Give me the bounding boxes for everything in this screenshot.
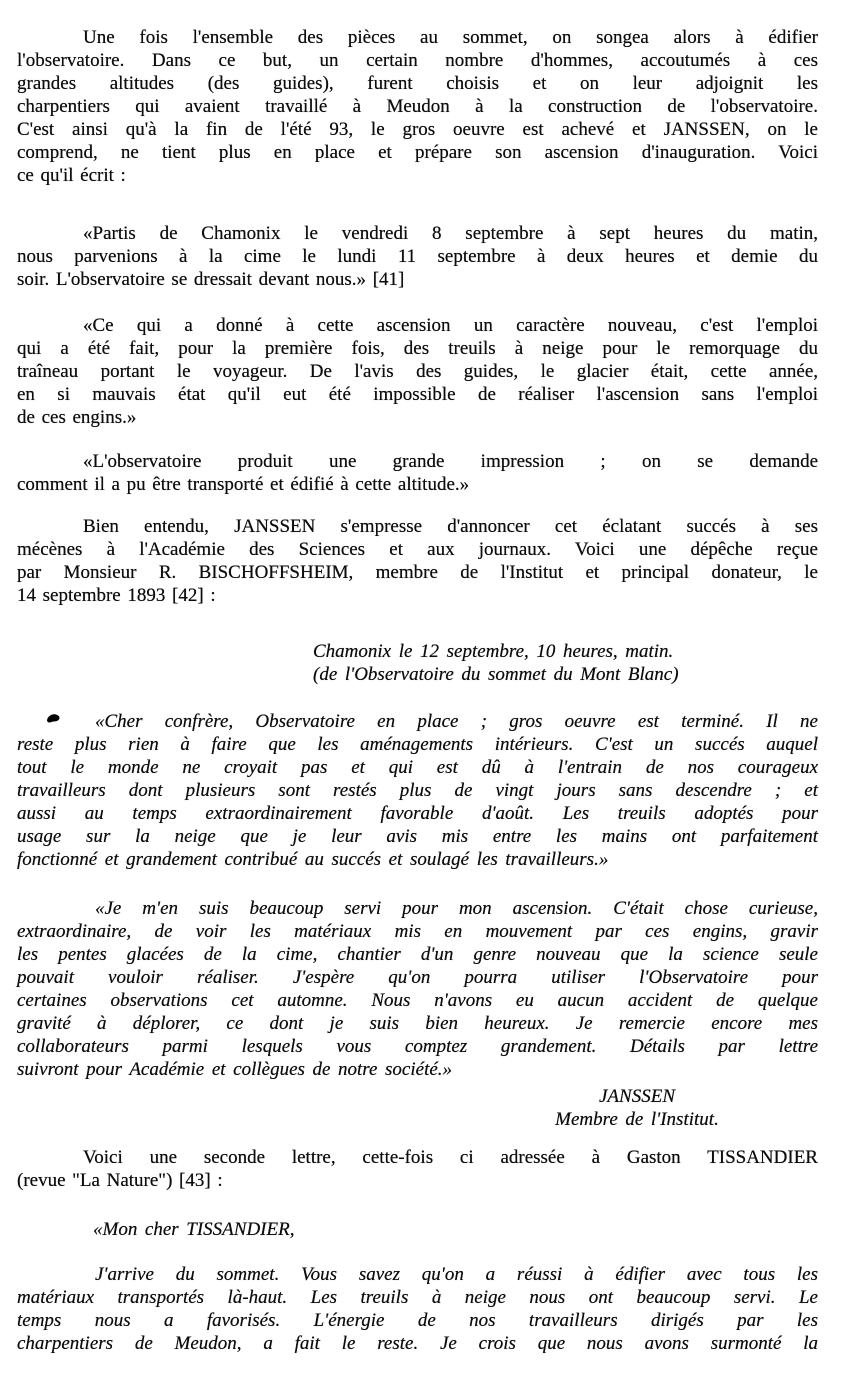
text-line: Chamonix le 12 septembre, 10 heures, mat… (17, 640, 818, 663)
text-line: nous parvenions à la cime le lundi 11 se… (17, 245, 818, 268)
text-line: de ces engins.» (17, 406, 818, 429)
text-line: usage sur la neige que je leur avis mis … (17, 825, 818, 848)
paragraph-depeche: Bien entendu, JANSSEN s'empresse d'annon… (17, 515, 818, 607)
letter-bischoffsheim-paragraph-1: «Cher confrère, Observatoire en place ; … (17, 710, 818, 871)
text-line: certaines observations cet automne. Nous… (17, 989, 818, 1012)
text-line: «Cher confrère, Observatoire en place ; … (17, 710, 818, 733)
text-line: 14 septembre 1893 [42] : (17, 584, 818, 607)
text-line: (de l'Observatoire du sommet du Mont Bla… (17, 663, 818, 686)
text-line: traîneau portant le voyageur. De l'avis … (17, 360, 818, 383)
text-line: collaborateurs parmi lesquels vous compt… (17, 1035, 818, 1058)
signature: JANSSENMembre de l'Institut. (487, 1085, 787, 1131)
text-line: travailleurs dont plusieurs sont restés … (17, 779, 818, 802)
text-line: JANSSEN (487, 1085, 787, 1108)
quote-ascension: «Partis de Chamonix le vendredi 8 septem… (17, 222, 818, 291)
text-line: Membre de l'Institut. (487, 1108, 787, 1131)
text-line: (revue "La Nature") [43] : (17, 1169, 818, 1192)
text-line: Bien entendu, JANSSEN s'empresse d'annon… (17, 515, 818, 538)
intro-paragraph: Une fois l'ensemble des pièces au sommet… (17, 26, 818, 187)
text-line: suivront pour Académie et collègues de n… (17, 1058, 818, 1081)
text-line: l'observatoire. Dans ce but, un certain … (17, 49, 818, 72)
document-page: Une fois l'ensemble des pièces au sommet… (0, 0, 851, 1397)
text-line: «Mon cher TISSANDIER, (17, 1218, 818, 1241)
text-line: mécènes à l'Académie des Sciences et aux… (17, 538, 818, 561)
text-line: «L'observatoire produit une grande impre… (17, 450, 818, 473)
text-line: reste plus rien à faire que les aménagem… (17, 733, 818, 756)
text-line: par Monsieur R. BISCHOFFSHEIM, membre de… (17, 561, 818, 584)
text-line: charpentiers de Meudon, a fait le reste.… (17, 1332, 818, 1355)
text-line: temps nous a favorisés. L'énergie de nos… (17, 1309, 818, 1332)
text-line: pouvait vouloir réaliser. J'espère qu'on… (17, 966, 818, 989)
text-line: C'est ainsi qu'à la fin de l'été 93, le … (17, 118, 818, 141)
text-line: J'arrive du sommet. Vous savez qu'on a r… (17, 1263, 818, 1286)
text-line: les pentes glacées de la cime, chantier … (17, 943, 818, 966)
text-line: extraordinaire, de voir les matériaux mi… (17, 920, 818, 943)
text-line: «Je m'en suis beaucoup servi pour mon as… (17, 897, 818, 920)
text-line: tout le monde ne croyait pas et qui est … (17, 756, 818, 779)
text-line: aussi au temps extraordinairement favora… (17, 802, 818, 825)
text-line: fonctionné et grandement contribué au su… (17, 848, 818, 871)
quote-treuils: «Ce qui a donné à cette ascension un car… (17, 314, 818, 429)
dateline: Chamonix le 12 septembre, 10 heures, mat… (17, 640, 818, 686)
quote-impression: «L'observatoire produit une grande impre… (17, 450, 818, 496)
letter-tissandier-paragraph-1: J'arrive du sommet. Vous savez qu'on a r… (17, 1263, 818, 1355)
salutation-tissandier: «Mon cher TISSANDIER, (17, 1218, 818, 1241)
text-line: ce qu'il écrit : (17, 164, 818, 187)
text-line: gravité à déplorer, ce dont je suis bien… (17, 1012, 818, 1035)
text-line: Une fois l'ensemble des pièces au sommet… (17, 26, 818, 49)
text-line: matériaux transportés là-haut. Les treui… (17, 1286, 818, 1309)
text-line: «Ce qui a donné à cette ascension un car… (17, 314, 818, 337)
text-line: en si mauvais état qu'il eut été impossi… (17, 383, 818, 406)
letter-bischoffsheim-paragraph-2: «Je m'en suis beaucoup servi pour mon as… (17, 897, 818, 1081)
text-line: grandes altitudes (des guides), furent c… (17, 72, 818, 95)
text-line: qui a été fait, pour la première fois, d… (17, 337, 818, 360)
paragraph-seconde-lettre: Voici une seconde lettre, cette-fois ci … (17, 1146, 818, 1192)
text-line: «Partis de Chamonix le vendredi 8 septem… (17, 222, 818, 245)
text-line: soir. L'observatoire se dressait devant … (17, 268, 818, 291)
text-line: Voici une seconde lettre, cette-fois ci … (17, 1146, 818, 1169)
ink-mark-icon (46, 712, 62, 724)
text-line: charpentiers qui avaient travaillé à Meu… (17, 95, 818, 118)
text-line: comprend, ne tient plus en place et prép… (17, 141, 818, 164)
text-line: comment il a pu être transporté et édifi… (17, 473, 818, 496)
